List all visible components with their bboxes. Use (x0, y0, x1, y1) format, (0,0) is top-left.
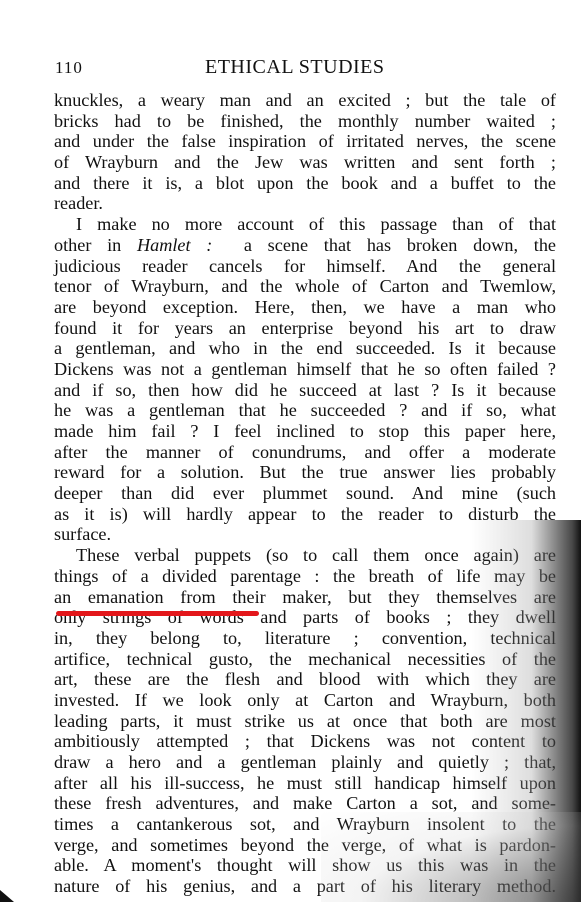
text-line: leading parts, it must strike us at once… (54, 711, 556, 732)
text-line: an emanation from their maker, but they … (54, 587, 556, 608)
text-line: draw a hero and a gentleman plainly and … (54, 752, 556, 773)
text-line: able. A moment's thought will show us th… (54, 855, 556, 876)
text-line: knuckles, a weary man and an excited ; b… (54, 90, 556, 111)
text-line: a gentleman, and who in the end succeede… (54, 338, 556, 359)
text-line: after all his ill-success, he must still… (54, 773, 556, 794)
text-line: in, they belong to, literature ; convent… (54, 628, 556, 649)
text-line: he was a gentleman that he succeeded ? a… (54, 400, 556, 421)
body-text: knuckles, a weary man and an excited ; b… (54, 90, 556, 897)
text-line: bricks had to be finished, the monthly n… (54, 111, 556, 132)
text-line: found it for years an enterprise beyond … (54, 318, 556, 339)
text-line: and under the false inspiration of irrit… (54, 131, 556, 152)
text-line: and there it is, a blot upon the book an… (54, 173, 556, 194)
text-line: these fresh adventures, and make Carton … (54, 793, 556, 814)
page-number: 110 (55, 58, 83, 78)
text-line: times a cantankerous sot, and Wrayburn i… (54, 814, 556, 835)
text-line: art, these are the flesh and blood with … (54, 669, 556, 690)
text-line: of Wrayburn and the Jew was written and … (54, 152, 556, 173)
red-underline-annotation (56, 611, 259, 616)
text-line: nature of his genius, and a part of his … (54, 876, 556, 897)
text-line: and if so, then how did he succeed at la… (54, 380, 556, 401)
text-line: things of a divided parentage : the brea… (54, 566, 556, 587)
text-line: are beyond exception. Here, then, we hav… (54, 297, 556, 318)
text-line: surface. (54, 524, 556, 545)
text-line: reader. (54, 193, 556, 214)
text-line: tenor of Wrayburn, and the whole of Cart… (54, 276, 556, 297)
text-line: Dickens was not a gentleman himself that… (54, 359, 556, 380)
text-fragment: a scene that has broken down, the (244, 235, 556, 255)
text-line: as it is) will hardly appear to the read… (54, 504, 556, 525)
text-line: deeper than did ever plummet sound. And … (54, 483, 556, 504)
corner-shadow (0, 890, 14, 902)
text-line: ambitiously attempted ; that Dickens was… (54, 731, 556, 752)
running-title: ETHICAL STUDIES (205, 56, 385, 79)
text-line: reward for a solution. But the true answ… (54, 462, 556, 483)
text-line: I make no more account of this passage t… (54, 214, 556, 235)
text-line: These verbal puppets (so to call them on… (54, 545, 556, 566)
italic-title-hamlet: Hamlet : (137, 235, 212, 255)
text-line: artifice, technical gusto, the mechanica… (54, 649, 556, 670)
text-line: judicious reader cancels for himself. An… (54, 256, 556, 277)
text-line: verge, and sometimes beyond the verge, o… (54, 835, 556, 856)
text-line: after the manner of conundrums, and offe… (54, 442, 556, 463)
text-line: made him fail ? I feel inclined to stop … (54, 421, 556, 442)
text-fragment: other in (54, 235, 137, 255)
text-line: invested. If we look only at Carton and … (54, 690, 556, 711)
running-head: 110 ETHICAL STUDIES (55, 56, 555, 82)
text-line: other in Hamlet : a scene that has broke… (54, 235, 556, 256)
